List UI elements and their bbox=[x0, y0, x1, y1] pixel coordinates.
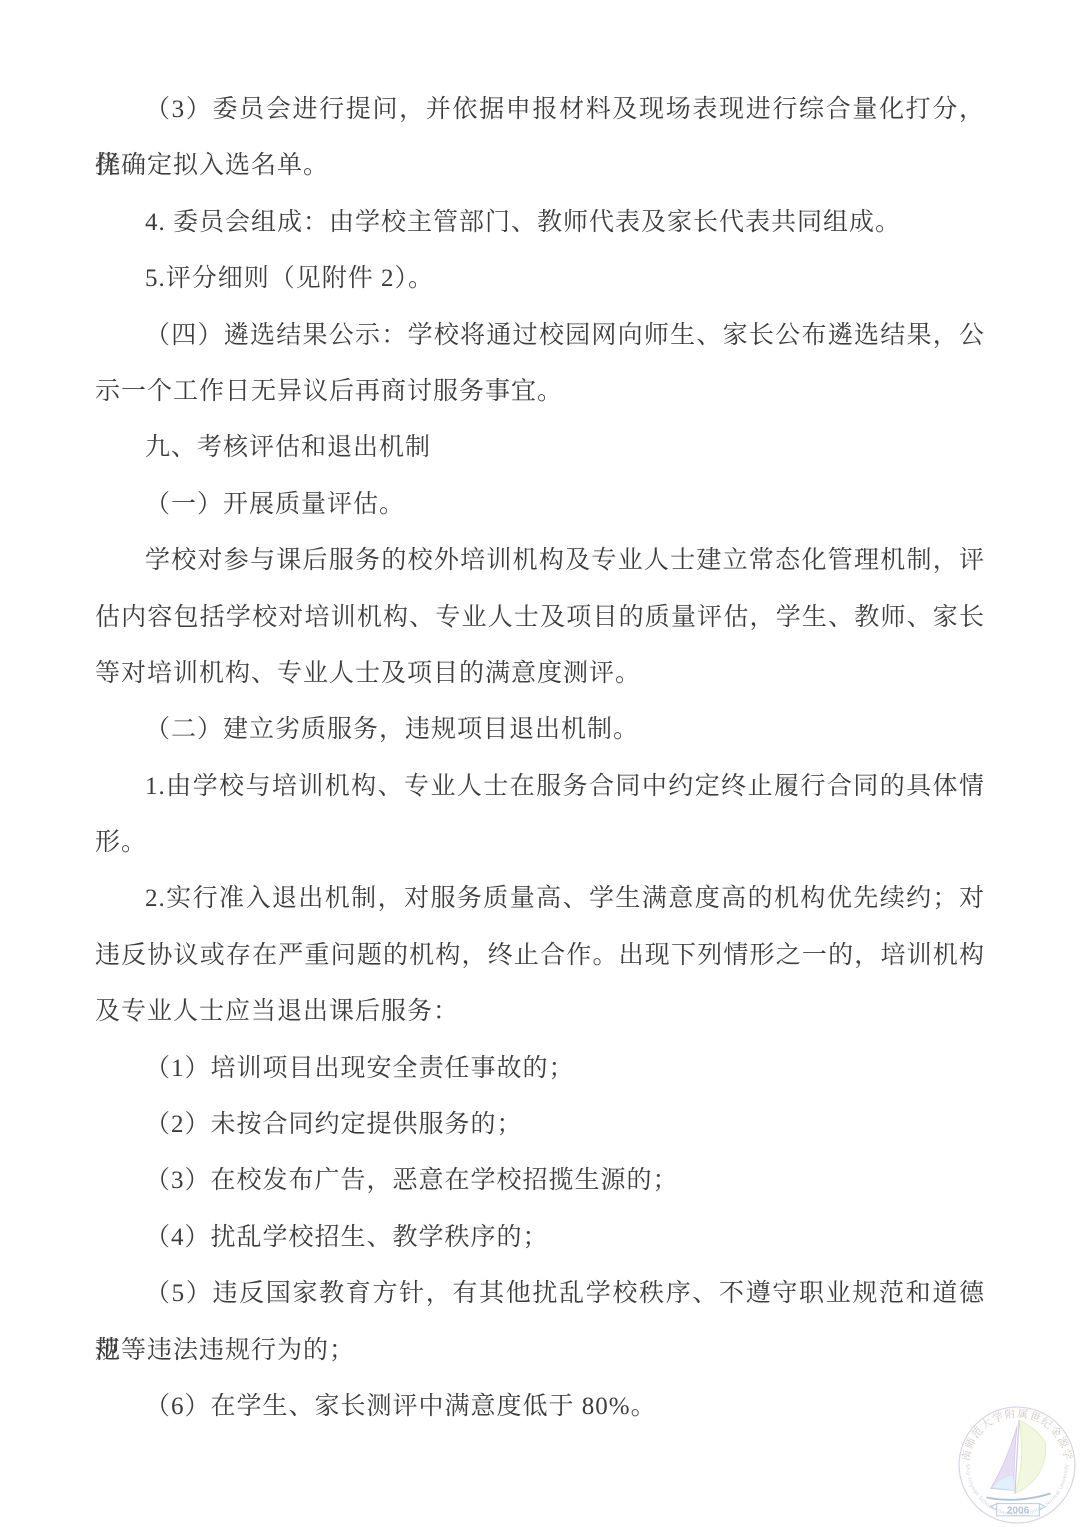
document-line: （4）扰乱学校招生、教学秩序的； bbox=[95, 1210, 985, 1266]
document-line: （1）培训项目出现安全责任事故的； bbox=[95, 1041, 985, 1097]
document-line: 5.评分细则（见附件 2）。 bbox=[95, 251, 985, 307]
document-line: （二）建立劣质服务，违规项目退出机制。 bbox=[95, 702, 985, 758]
document-line: 等对培训机构、专业人士及项目的满意度测评。 bbox=[95, 646, 985, 702]
document-line: 2.实行准入退出机制，对服务质量高、学生满意度高的机构优先续约；对 bbox=[95, 871, 985, 927]
document-line: （5）违反国家教育方针，有其他扰乱学校秩序、不遵守职业规范和道德规 bbox=[95, 1266, 985, 1322]
document-page: （3）委员会进行提问，并依据申报材料及现场表现进行综合量化打分，择优确定拟入选名… bbox=[0, 0, 1080, 1527]
document-line: 1.由学校与培训机构、专业人士在服务合同中约定终止履行合同的具体情 bbox=[95, 759, 985, 815]
document-line: （2）未按合同约定提供服务的； bbox=[95, 1097, 985, 1153]
document-line: （6）在学生、家长测评中满意度低于 80%。 bbox=[95, 1379, 985, 1435]
document-line: 违反协议或存在严重问题的机构，终止合作。出现下列情形之一的，培训机构 bbox=[95, 928, 985, 984]
seal-english-arc: Shiji Jinyuan School Attached To Yunnan … bbox=[964, 1464, 1070, 1518]
document-line: 九、考核评估和退出机制 bbox=[95, 420, 985, 476]
document-line: 范等违法违规行为的； bbox=[95, 1323, 985, 1379]
document-line: 优确定拟入选名单。 bbox=[95, 138, 985, 194]
document-line: 及专业人士应当退出课后服务： bbox=[95, 984, 985, 1040]
document-line: 4. 委员会组成：由学校主管部门、教师代表及家长代表共同组成。 bbox=[95, 195, 985, 251]
year-banner: 2006 bbox=[991, 1504, 1046, 1517]
document-line: 估内容包括学校对培训机构、专业人士及项目的质量评估，学生、教师、家长 bbox=[95, 590, 985, 646]
sailboat-icon bbox=[987, 1420, 1051, 1500]
document-line: 学校对参与课后服务的校外培训机构及专业人士建立常态化管理机制，评 bbox=[95, 533, 985, 589]
document-line: （一）开展质量评估。 bbox=[95, 477, 985, 533]
seal-year: 2006 bbox=[1007, 1505, 1030, 1516]
document-body: （3）委员会进行提问，并依据申报材料及现场表现进行综合量化打分，择优确定拟入选名… bbox=[95, 82, 985, 1435]
document-line: （3）在校发布广告，恶意在学校招揽生源的； bbox=[95, 1153, 985, 1209]
document-line: （3）委员会进行提问，并依据申报材料及现场表现进行综合量化打分，择 bbox=[95, 82, 985, 138]
document-line: （四）遴选结果公示：学校将通过校园网向师生、家长公布遴选结果，公 bbox=[95, 308, 985, 364]
document-line: 形。 bbox=[95, 815, 985, 871]
document-line: 示一个工作日无异议后再商讨服务事宜。 bbox=[95, 364, 985, 420]
